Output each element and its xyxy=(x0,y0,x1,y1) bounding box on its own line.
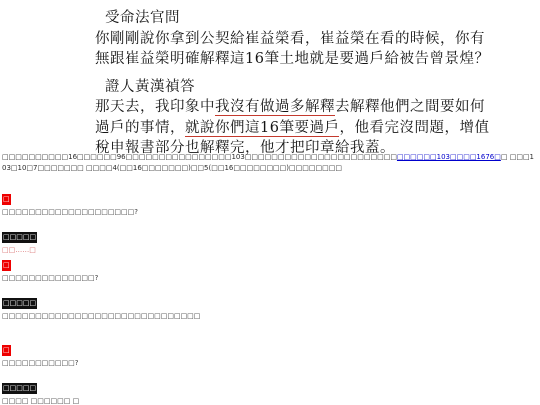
answer-text: □□□□ □□□□□□ □ xyxy=(2,397,79,405)
question-line-2: 無跟崔益榮明確解釋這16筆土地就是要過戶給被告曾景煌？ xyxy=(95,49,515,70)
qa-section-1: □ □□□□□□□□□□□□□□□□□□□□? xyxy=(2,194,138,217)
answer-line-2-post: ，他看完沒問題，增值 xyxy=(339,120,489,136)
qa-section-3: □ □□□□□□□□□□□□□□? xyxy=(2,260,98,283)
qa-section-6: □□□□□ □□□□ □□□□□□ □ xyxy=(2,383,79,405)
transcript-block: 受命法官問 你剛剛說你拿到公契給崔益榮看，崔益榮在看的時候，你有 無跟崔益榮明確… xyxy=(95,8,515,159)
witness-label-badge: □□□□□ xyxy=(2,298,37,309)
answer-line-1-post: 去解釋他們之間要如何 xyxy=(335,99,485,115)
qa-section-4: □□□□□ □□□□□□□□□□□□□□□□□□□□□□□□□□□□□□ xyxy=(2,298,200,321)
answer-line-1: 那天去，我印象中我沒有做過多解釋去解釋他們之間要如何 xyxy=(95,97,515,118)
fineprint-paragraph: □□□□□□□□□□16□□□□□□96□□□□□□□□□□□□□□□□103□… xyxy=(2,152,538,174)
answer-line-2-pre: 過戶的事情， xyxy=(95,120,185,136)
answer-speaker-heading: 證人黃漢禎答 xyxy=(105,77,515,98)
answer-line-1-pre: 那天去，我印象中 xyxy=(95,99,215,115)
qa-section-5: □ □□□□□□□□□□□? xyxy=(2,345,78,368)
question-line-1: 你剛剛說你拿到公契給崔益榮看，崔益榮在看的時候，你有 xyxy=(95,29,515,50)
answer-line-2: 過戶的事情，就說你們這16筆要過戶，他看完沒問題，增值 xyxy=(95,118,515,139)
answer-line-2-underlined: 就說你們這16筆要過戶 xyxy=(185,120,339,137)
quoted-answer-text: □□……□ xyxy=(2,246,37,255)
question-speaker-heading: 受命法官問 xyxy=(105,8,515,29)
question-text: □□□□□□□□□□□□□□? xyxy=(2,274,98,283)
question-text: □□□□□□□□□□□? xyxy=(2,359,78,368)
question-label-badge: □ xyxy=(2,194,11,205)
question-label-badge: □ xyxy=(2,345,11,356)
question-text: □□□□□□□□□□□□□□□□□□□□? xyxy=(2,208,138,217)
fineprint-text-line2: 16□□□□□□□□)□□□□□□□□ xyxy=(224,164,341,172)
witness-label-badge: □□□□□ xyxy=(2,232,37,243)
question-label-badge: □ xyxy=(2,260,11,271)
qa-section-2: □□□□□ □□……□ xyxy=(2,232,37,255)
witness-label-badge: □□□□□ xyxy=(2,383,37,394)
paragraph-gap xyxy=(95,70,515,77)
document-page: 受命法官問 你剛剛說你拿到公契給崔益榮看，崔益榮在看的時候，你有 無跟崔益榮明確… xyxy=(0,0,540,405)
answer-line-1-underlined: 我沒有做過多解釋 xyxy=(215,99,335,116)
case-citation-link[interactable]: □□□□□□103□□□□1676□ xyxy=(397,153,501,161)
fineprint-text-pre: □□□□□□□□□□16□□□□□□96□□□□□□□□□□□□□□□□103□… xyxy=(2,153,397,161)
answer-text: □□□□□□□□□□□□□□□□□□□□□□□□□□□□□□ xyxy=(2,312,200,321)
